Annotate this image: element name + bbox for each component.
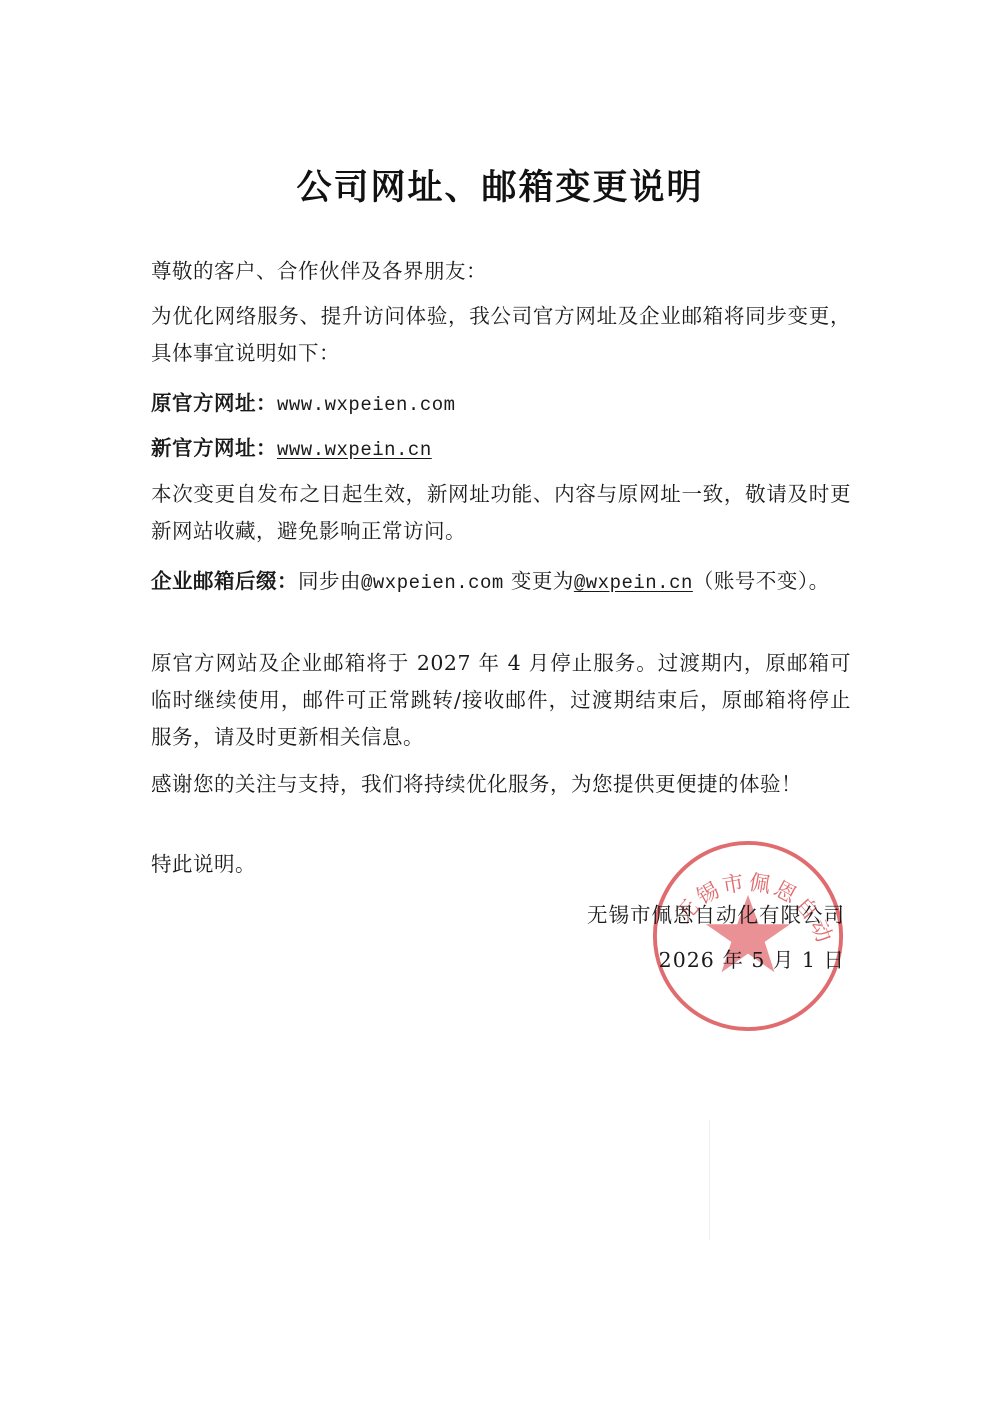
new-site-line: 新官方网址：www.wxpein.cn	[151, 430, 851, 469]
email-paragraph: 企业邮箱后缀：同步由@wxpeien.com 变更为@wxpein.cn（账号不…	[151, 563, 851, 602]
old-email-suffix: @wxpeien.com	[361, 572, 504, 594]
email-label: 企业邮箱后缀：	[151, 569, 298, 593]
old-site-line: 原官方网址：www.wxpeien.com	[151, 385, 851, 424]
date: 2026 年 5 月 1 日	[659, 943, 845, 973]
transition-paragraph: 原官方网站及企业邮箱将于 2027 年 4 月停止服务。过渡期内，原邮箱可临时继…	[151, 645, 851, 756]
effective-paragraph: 本次变更自发布之日起生效，新网址功能、内容与原网址一致，敬请及时更新网站收藏，避…	[151, 476, 851, 550]
email-mid: 变更为	[511, 569, 574, 593]
thanks-paragraph: 感谢您的关注与支持，我们将持续优化服务，为您提供更便捷的体验！	[151, 766, 851, 803]
intro-paragraph: 为优化网络服务、提升访问体验，我公司官方网址及企业邮箱将同步变更，具体事宜说明如…	[151, 298, 851, 372]
email-suffix: （账号不变）。	[693, 569, 830, 593]
page-title: 公司网址、邮箱变更说明	[0, 160, 1000, 210]
new-email-link[interactable]: @wxpein.cn	[574, 572, 693, 594]
new-site-label: 新官方网址：	[151, 436, 277, 460]
company-name: 无锡市佩恩自动化有限公司	[587, 898, 845, 928]
old-site-label: 原官方网址：	[151, 391, 277, 415]
company-seal-icon: 无锡市佩恩自动化有限公司	[650, 838, 846, 1034]
old-site-url: www.wxpeien.com	[277, 394, 456, 416]
scan-artifact	[709, 1120, 710, 1240]
greeting: 尊敬的客户、合作伙伴及各界朋友：	[151, 253, 851, 290]
email-prefix: 同步由	[298, 569, 361, 593]
new-site-link[interactable]: www.wxpein.cn	[277, 439, 432, 461]
